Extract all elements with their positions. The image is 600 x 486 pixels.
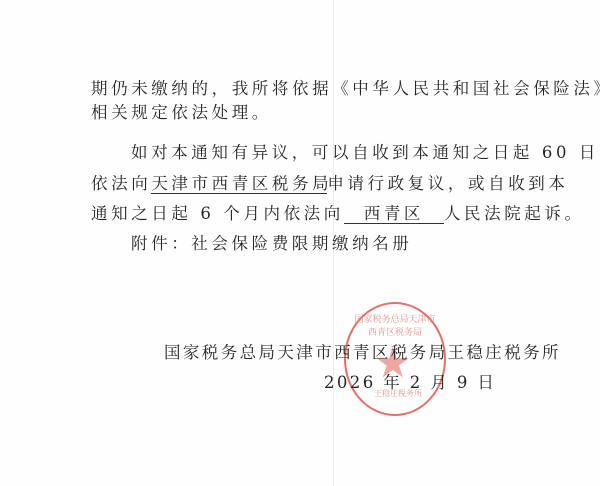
paragraph-1-line-1: 期仍未缴纳的，我所将依据《中华人民共和国社会保险法》 [91, 77, 600, 101]
paragraph-2-line-1: 如对本通知有异议，可以自收到本通知之日起 60 日内 [131, 141, 600, 165]
paragraph-2-line-3: 通知之日起 6 个月内依法向西青区人民法院起诉。 [91, 202, 585, 226]
text-segment: 通知之日起 6 个月内依法向 [91, 204, 344, 223]
attachment-line: 附件：社会保险费限期缴纳名册 [131, 232, 412, 256]
court-district-blank: 西青区 [344, 204, 444, 224]
paragraph-1-line-2: 相关规定依法处理。 [91, 101, 272, 125]
text-segment: 依法向 [91, 174, 151, 193]
review-authority-blank: 天津市西青区税务局 [151, 174, 327, 194]
paragraph-2-line-2: 依法向天津市西青区税务局申请行政复议，或自收到本 [91, 172, 569, 196]
text-segment: 人民法院起诉。 [444, 204, 585, 223]
text-segment: 申请行政复议，或自收到本 [327, 174, 568, 193]
issuer-signature: 国家税务总局天津市西青区税务局王稳庄税务所 [164, 339, 561, 363]
issue-date: 2026 年 2 月 9 日 [324, 369, 496, 393]
